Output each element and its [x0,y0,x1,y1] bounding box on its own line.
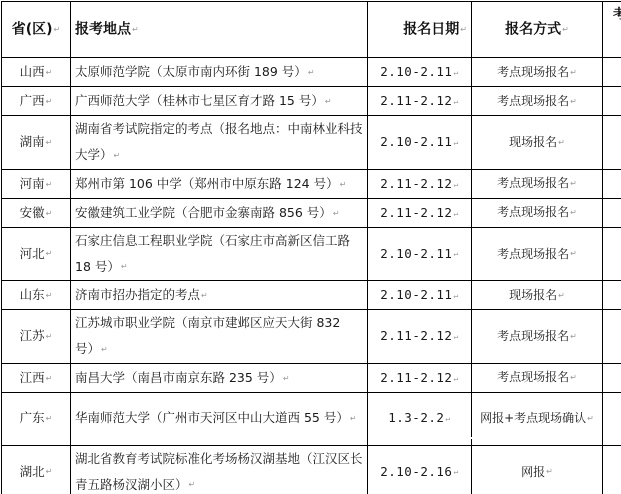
reg-date-text: 1.3-2.2 [388,410,444,425]
paragraph-mark-icon: ↵ [453,374,458,383]
site-text: 湖北省教育考试院标准化考场杨汉湖基地（江汉区长青五路杨汊湖小区） [75,451,363,492]
header-site: 报考地点↵ [71,2,368,58]
paragraph-mark-icon: ↵ [570,373,577,382]
cell-reg-date: 1.3-2.2↵ [368,392,472,445]
reg-date-text: 2.11-2.12 [380,205,452,220]
paragraph-mark-icon: ↵ [46,374,53,383]
cell-reg-method: 现场报名↵ [472,281,603,310]
paragraph-mark-icon: ↵ [46,291,53,300]
paragraph-mark-icon: ↵ [54,25,61,34]
cell-reg-date: 2.11-2.12↵ [368,87,472,116]
reg-method-text: 网报 [521,465,545,479]
table-row: 山西↵ 太原师范学院（太原市南内环街 189 号）↵ 2.10-2.11↵ 考点… [2,58,621,87]
paragraph-mark-icon: ↵ [101,345,108,354]
paragraph-mark-icon: ↵ [570,179,577,188]
province-text: 山东 [20,287,45,302]
province-text: 江西 [20,370,45,385]
cell-reg-method: 网报+考点现场确认↵ [472,392,603,445]
cell-site: 湖北省教育考试院标准化考场杨汉湖基地（江汉区长青五路杨汊湖小区）↵ [71,445,368,494]
paragraph-mark-icon: ↵ [46,332,53,341]
cell-exam-date: 2.13↵ [603,310,621,364]
paragraph-mark-icon: ↵ [570,332,577,341]
cell-province: 湖南↵ [2,116,71,170]
paragraph-mark-icon: ↵ [201,291,208,300]
cell-site: 江苏城市职业学院（南京市建邺区应天大街 832 号）↵ [71,310,368,364]
cell-site: 济南市招办指定的考点↵ [71,281,368,310]
paragraph-mark-icon: ↵ [325,97,332,106]
table-row: 安徽↵ 安徽建筑工业学院（合肥市金寨南路 856 号）↵ 2.11-2.12↵ … [2,198,621,227]
paragraph-mark-icon: ↵ [453,467,458,476]
cell-site: 太原师范学院（太原市南内环街 189 号）↵ [71,58,368,87]
cell-reg-method: 现场报名↵ [472,116,603,170]
paragraph-mark-icon: ↵ [453,138,458,147]
site-text: 南昌大学（南昌市南京东路 235 号） [75,370,282,385]
table-row: 湖北↵ 湖北省教育考试院标准化考场杨汉湖基地（江汉区长青五路杨汊湖小区）↵ 2.… [2,445,621,494]
table-row: 山东↵ 济南市招办指定的考点↵ 2.10-2.11↵ 现场报名↵ 2.13↵ [2,281,621,310]
cell-province: 湖北↵ [2,445,71,494]
cell-reg-date: 2.10-2.11↵ [368,227,472,281]
paragraph-mark-icon: ↵ [445,414,450,423]
paragraph-mark-icon: ↵ [453,249,458,258]
cell-province: 河南↵ [2,169,71,198]
paragraph-mark-icon: ↵ [308,68,315,77]
cell-exam-date: 2.13↵ [603,198,621,227]
table-row: 湖南↵ 湖南省考试院指定的考点（报名地点：中南林业科技大学）↵ 2.10-2.1… [2,116,621,170]
paragraph-mark-icon: ↵ [570,97,577,106]
paragraph-mark-icon: ↵ [46,68,53,77]
paragraph-mark-icon: ↵ [340,180,347,189]
paragraph-mark-icon: ↵ [570,68,577,77]
cell-reg-date: 2.10-2.11↵ [368,58,472,87]
cell-reg-date: 2.11-2.12↵ [368,198,472,227]
province-text: 广西 [20,93,45,108]
site-text: 华南师范大学（广州市天河区中山大道西 55 号） [75,410,349,425]
reg-method-text: 考点现场报名 [497,329,569,343]
site-text: 太原师范学院（太原市南内环街 189 号） [75,64,307,79]
cell-province: 江西↵ [2,363,71,392]
reg-method-text: 网报+考点现场确认 [480,411,586,425]
cell-exam-date: 2.13↵ [603,227,621,281]
reg-method-text: 考点现场报名 [497,94,569,108]
cell-reg-date: 2.10-2.16↵ [368,445,472,494]
reg-date-text: 2.11-2.12 [380,93,452,108]
cell-reg-method: 考点现场报名↵ [472,227,603,281]
province-text: 河南 [20,176,45,191]
reg-method-text: 考点现场报名 [497,370,569,384]
site-text: 济南市招办指定的考点 [75,287,200,302]
cell-reg-date: 2.11-2.12↵ [368,310,472,364]
paragraph-mark-icon: ↵ [587,414,594,423]
reg-date-text: 2.10-2.11 [380,287,452,302]
registration-table: 省(区)↵ 报考地点↵ 报名日期↵ 报名方式↵ 考试日期↵ 山西↵ 太原师范学院… [1,1,621,494]
reg-date-text: 2.11-2.12 [380,328,452,343]
cell-reg-method: 考点现场报名↵ [472,198,603,227]
paragraph-mark-icon: ↵ [189,480,196,489]
site-text: 石家庄信息工程职业学院（石家庄市高新区信工路 18 号） [75,233,350,274]
reg-date-text: 2.11-2.12 [380,370,452,385]
reg-method-text: 考点现场报名 [497,65,569,79]
cell-site: 南昌大学（南昌市南京东路 235 号）↵ [71,363,368,392]
cell-reg-date: 2.10-2.11↵ [368,116,472,170]
province-text: 山西 [20,64,45,79]
paragraph-mark-icon: ↵ [562,25,569,34]
cell-site: 华南师范大学（广州市天河区中山大道西 55 号）↵ [71,392,368,445]
paragraph-mark-icon: ↵ [558,291,565,300]
cell-reg-method: 考点现场报名↵ [472,169,603,198]
province-text: 湖北 [20,464,45,479]
paragraph-mark-icon: ↵ [46,414,53,423]
paragraph-mark-icon: ↵ [350,414,357,423]
header-site-label: 报考地点 [75,21,131,37]
reg-date-text: 2.10-2.11 [380,134,452,149]
cell-exam-date: 2.13↵ [603,392,621,445]
cell-site: 安徽建筑工业学院（合肥市金寨南路 856 号）↵ [71,198,368,227]
cell-site: 郑州市第 106 中学（郑州市中原东路 124 号）↵ [71,169,368,198]
cell-reg-date: 2.10-2.11↵ [368,281,472,310]
cell-exam-date: 2.13↵ [603,116,621,170]
paragraph-mark-icon: ↵ [46,467,53,476]
cell-province: 广东↵ [2,392,71,445]
paragraph-mark-icon: ↵ [558,138,565,147]
paragraph-mark-icon: ↵ [453,209,458,218]
reg-date-text: 2.10-2.16 [380,464,452,479]
paragraph-mark-icon: ↵ [546,467,553,476]
paragraph-mark-icon: ↵ [453,68,458,77]
header-exam-date: 考试日期↵ [603,2,621,58]
reg-date-text: 2.10-2.11 [380,64,452,79]
site-text: 广西师范大学（桂林市七星区育才路 15 号） [75,93,324,108]
cell-site: 广西师范大学（桂林市七星区育才路 15 号）↵ [71,87,368,116]
table-row: 江西↵ 南昌大学（南昌市南京东路 235 号）↵ 2.11-2.12↵ 考点现场… [2,363,621,392]
table-header-row: 省(区)↵ 报考地点↵ 报名日期↵ 报名方式↵ 考试日期↵ [2,2,621,58]
paragraph-mark-icon: ↵ [570,208,577,217]
cell-reg-method: 考点现场报名↵ [472,58,603,87]
paragraph-mark-icon: ↵ [570,249,577,258]
province-text: 安徽 [20,205,45,220]
cell-province: 山东↵ [2,281,71,310]
header-reg-method-label: 报名方式 [505,21,561,37]
table-row: 河南↵ 郑州市第 106 中学（郑州市中原东路 124 号）↵ 2.11-2.1… [2,169,621,198]
cell-reg-date: 2.11-2.12↵ [368,363,472,392]
site-text: 江苏城市职业学院（南京市建邺区应天大街 832 号） [75,315,340,356]
paragraph-mark-icon: ↵ [453,97,458,106]
header-exam-date-label: 考试日期 [613,7,621,51]
paragraph-mark-icon: ↵ [46,249,53,258]
header-province-label: 省(区) [12,21,53,37]
header-province: 省(区)↵ [2,2,71,58]
table-row: 广西↵ 广西师范大学（桂林市七星区育才路 15 号）↵ 2.11-2.12↵ 考… [2,87,621,116]
reg-date-text: 2.10-2.11 [380,246,452,261]
header-reg-date: 报名日期↵ [368,2,472,58]
paragraph-mark-icon: ↵ [333,209,340,218]
paragraph-mark-icon: ↵ [46,138,53,147]
reg-method-text: 考点现场报名 [497,205,569,219]
reg-method-text: 考点现场报名 [497,176,569,190]
paragraph-mark-icon: ↵ [46,180,53,189]
cell-province: 山西↵ [2,58,71,87]
paragraph-mark-icon: ↵ [114,151,121,160]
cell-exam-date: 2.13↵ [603,87,621,116]
cell-province: 安徽↵ [2,198,71,227]
cell-exam-date: 3.6↵ [603,445,621,494]
table-row: 河北↵ 石家庄信息工程职业学院（石家庄市高新区信工路 18 号）↵ 2.10-2… [2,227,621,281]
header-reg-method: 报名方式↵ [472,2,603,58]
reg-date-text: 2.11-2.12 [380,176,452,191]
cell-reg-method: 考点现场报名↵ [472,87,603,116]
province-text: 广东 [20,410,45,425]
site-text: 安徽建筑工业学院（合肥市金寨南路 856 号） [75,205,332,220]
paragraph-mark-icon: ↵ [453,332,458,341]
paragraph-mark-icon: ↵ [46,209,53,218]
table-row: 广东↵ 华南师范大学（广州市天河区中山大道西 55 号）↵ 1.3-2.2↵ 网… [2,392,621,445]
site-text: 郑州市第 106 中学（郑州市中原东路 124 号） [75,176,339,191]
paragraph-mark-icon: ↵ [453,291,458,300]
province-text: 河北 [20,246,45,261]
cell-exam-date: 2.13↵ [603,169,621,198]
reg-method-text: 现场报名 [509,135,557,149]
reg-method-text: 现场报名 [509,288,557,302]
cell-province: 江苏↵ [2,310,71,364]
paragraph-mark-icon: ↵ [132,25,139,34]
cell-province: 河北↵ [2,227,71,281]
cell-exam-date: 2.13↵ [603,58,621,87]
paragraph-mark-icon: ↵ [460,25,467,34]
paragraph-mark-icon: ↵ [283,374,290,383]
cell-reg-date: 2.11-2.12↵ [368,169,472,198]
cell-reg-method: 考点现场报名↵ [472,310,603,364]
paragraph-mark-icon: ↵ [453,180,458,189]
paragraph-mark-icon: ↵ [121,262,128,271]
header-reg-date-label: 报名日期 [403,21,459,37]
cell-reg-method: 考点现场报名↵ [472,363,603,392]
cell-exam-date: 2.13↵ [603,281,621,310]
province-text: 湖南 [20,134,45,149]
paragraph-mark-icon: ↵ [46,97,53,106]
cell-reg-method: 网报↵ [472,445,603,494]
cell-site: 湖南省考试院指定的考点（报名地点：中南林业科技大学）↵ [71,116,368,170]
cell-province: 广西↵ [2,87,71,116]
province-text: 江苏 [20,328,45,343]
cell-exam-date: 2.13↵ [603,363,621,392]
cell-site: 石家庄信息工程职业学院（石家庄市高新区信工路 18 号）↵ [71,227,368,281]
table-row: 江苏↵ 江苏城市职业学院（南京市建邺区应天大街 832 号）↵ 2.11-2.1… [2,310,621,364]
reg-method-text: 考点现场报名 [497,247,569,261]
